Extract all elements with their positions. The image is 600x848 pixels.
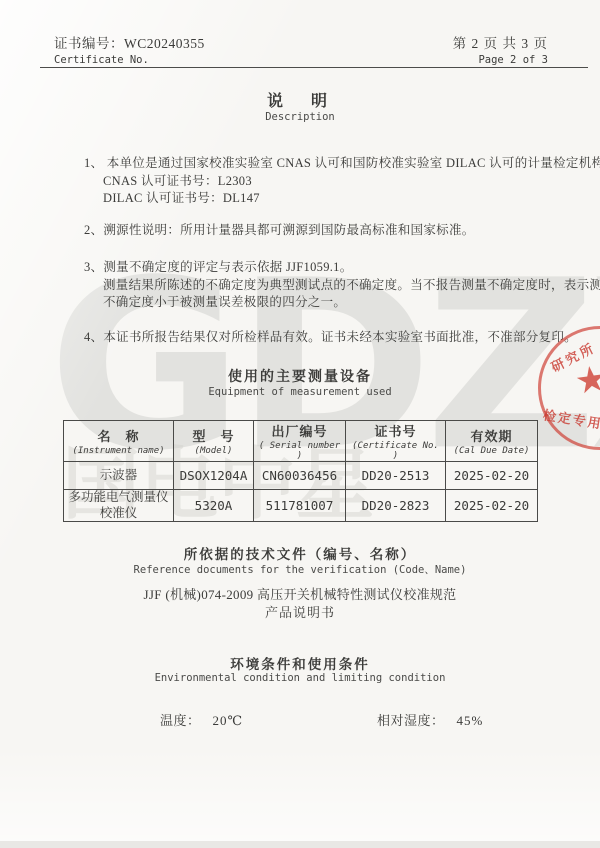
description-subtitle: Description bbox=[0, 111, 600, 123]
cell-serial: 511781007 bbox=[254, 490, 346, 522]
header-divider bbox=[40, 67, 588, 68]
humidity-condition: 相对湿度：45% bbox=[377, 710, 483, 729]
note-item-3-continued-1: 测量结果所陈述的不确定度为典型测试点的不确定度。当不报告测量不确定度时，表示测量… bbox=[103, 275, 600, 293]
reference-doc-2: 产品说明书 bbox=[0, 602, 600, 621]
equipment-subtitle: Equipment of measurement used bbox=[0, 386, 600, 398]
environment-subtitle: Environmental condition and limiting con… bbox=[0, 672, 600, 684]
description-title: 说 明 bbox=[0, 88, 600, 111]
table-row: 示波器 DSOX1204A CN60036456 DD20-2513 2025-… bbox=[64, 462, 538, 490]
table-row: 多功能电气测量仪 校准仪 5320A 511781007 DD20-2823 2… bbox=[64, 490, 538, 522]
temperature-label: 温度： bbox=[160, 713, 201, 728]
cell-certificate-no: DD20-2823 bbox=[346, 490, 446, 522]
column-header-certificate-en: (Certificate No. ) bbox=[348, 441, 443, 461]
column-header-name-zh: 名 称 bbox=[66, 426, 171, 445]
page-number-block: 第 2 页 共 3 页 Page 2 of 3 bbox=[453, 32, 548, 66]
certificate-page: GDZX 国电中星 研究所 ★ 检定专用 证书编号：WC20240355 Cer… bbox=[0, 0, 600, 848]
cell-model: 5320A bbox=[174, 490, 254, 522]
certificate-number-block: 证书编号：WC20240355 Certificate No. bbox=[54, 32, 205, 66]
reference-title: 所依据的技术文件（编号、名称） bbox=[0, 543, 600, 563]
reference-doc-1: JJF (机械)074-2009 高压开关机械特性测试仪校准规范 bbox=[0, 584, 600, 603]
column-header-serial: 出厂编号 ( Serial number ) bbox=[254, 421, 346, 462]
cell-instrument-name: 示波器 bbox=[64, 462, 174, 490]
page-number: 第 2 页 共 3 页 bbox=[453, 32, 548, 52]
reference-subtitle: Reference documents for the verification… bbox=[0, 562, 600, 577]
equipment-table-header-row: 名 称 (Instrument name) 型 号 (Model) 出厂编号 (… bbox=[64, 421, 538, 462]
note-item-4: 4、本证书所报告结果仅对所检样品有效。证书未经本实验室书面批准，不准部分复印。 bbox=[84, 327, 577, 345]
column-header-model-zh: 型 号 bbox=[176, 426, 251, 445]
page-number-sublabel: Page 2 of 3 bbox=[453, 54, 548, 66]
environment-title: 环境条件和使用条件 bbox=[0, 653, 600, 673]
cell-model: DSOX1204A bbox=[174, 462, 254, 490]
cell-due-date: 2025-02-20 bbox=[446, 490, 538, 522]
certificate-number: 证书编号：WC20240355 bbox=[54, 32, 205, 52]
cell-instrument-name: 多功能电气测量仪 校准仪 bbox=[64, 490, 174, 522]
humidity-value: 45% bbox=[457, 713, 484, 728]
note-item-1-dilac: DILAC 认可证书号：DL147 bbox=[103, 188, 260, 206]
column-header-model: 型 号 (Model) bbox=[174, 421, 254, 462]
temperature-condition: 温度：20℃ bbox=[160, 710, 243, 729]
column-header-serial-en: ( Serial number ) bbox=[256, 441, 343, 461]
column-header-model-en: (Model) bbox=[176, 446, 251, 456]
equipment-title: 使用的主要测量设备 bbox=[0, 366, 600, 386]
column-header-due-date-zh: 有效期 bbox=[448, 426, 535, 445]
column-header-due-date: 有效期 (Cal Due Date) bbox=[446, 421, 538, 462]
temperature-value: 20℃ bbox=[213, 713, 244, 728]
cell-serial: CN60036456 bbox=[254, 462, 346, 490]
note-item-1: 1、 本单位是通过国家校准实验室 CNAS 认可和国防校准实验室 DILAC 认… bbox=[84, 153, 600, 171]
note-item-1-cnas: CNAS 认可证书号：L2303 bbox=[103, 171, 252, 189]
column-header-due-date-en: (Cal Due Date) bbox=[448, 446, 535, 456]
column-header-certificate-zh: 证书号 bbox=[348, 421, 443, 440]
equipment-table: 名 称 (Instrument name) 型 号 (Model) 出厂编号 (… bbox=[63, 420, 538, 522]
humidity-label: 相对湿度： bbox=[377, 713, 445, 728]
column-header-name: 名 称 (Instrument name) bbox=[64, 421, 174, 462]
column-header-serial-zh: 出厂编号 bbox=[256, 421, 343, 440]
page-bottom-edge bbox=[0, 841, 600, 848]
note-item-2: 2、溯源性说明：所用计量器具都可溯源到国防最高标准和国家标准。 bbox=[84, 220, 475, 238]
column-header-name-en: (Instrument name) bbox=[66, 446, 171, 456]
note-item-3: 3、测量不确定度的评定与表示依据 JJF1059.1。 bbox=[84, 257, 353, 275]
note-item-3-continued-2: 不确定度小于被测量误差极限的四分之一。 bbox=[103, 292, 346, 310]
column-header-certificate: 证书号 (Certificate No. ) bbox=[346, 421, 446, 462]
certificate-number-sublabel: Certificate No. bbox=[54, 54, 205, 66]
star-icon: ★ bbox=[573, 361, 600, 401]
cell-certificate-no: DD20-2513 bbox=[346, 462, 446, 490]
cell-due-date: 2025-02-20 bbox=[446, 462, 538, 490]
